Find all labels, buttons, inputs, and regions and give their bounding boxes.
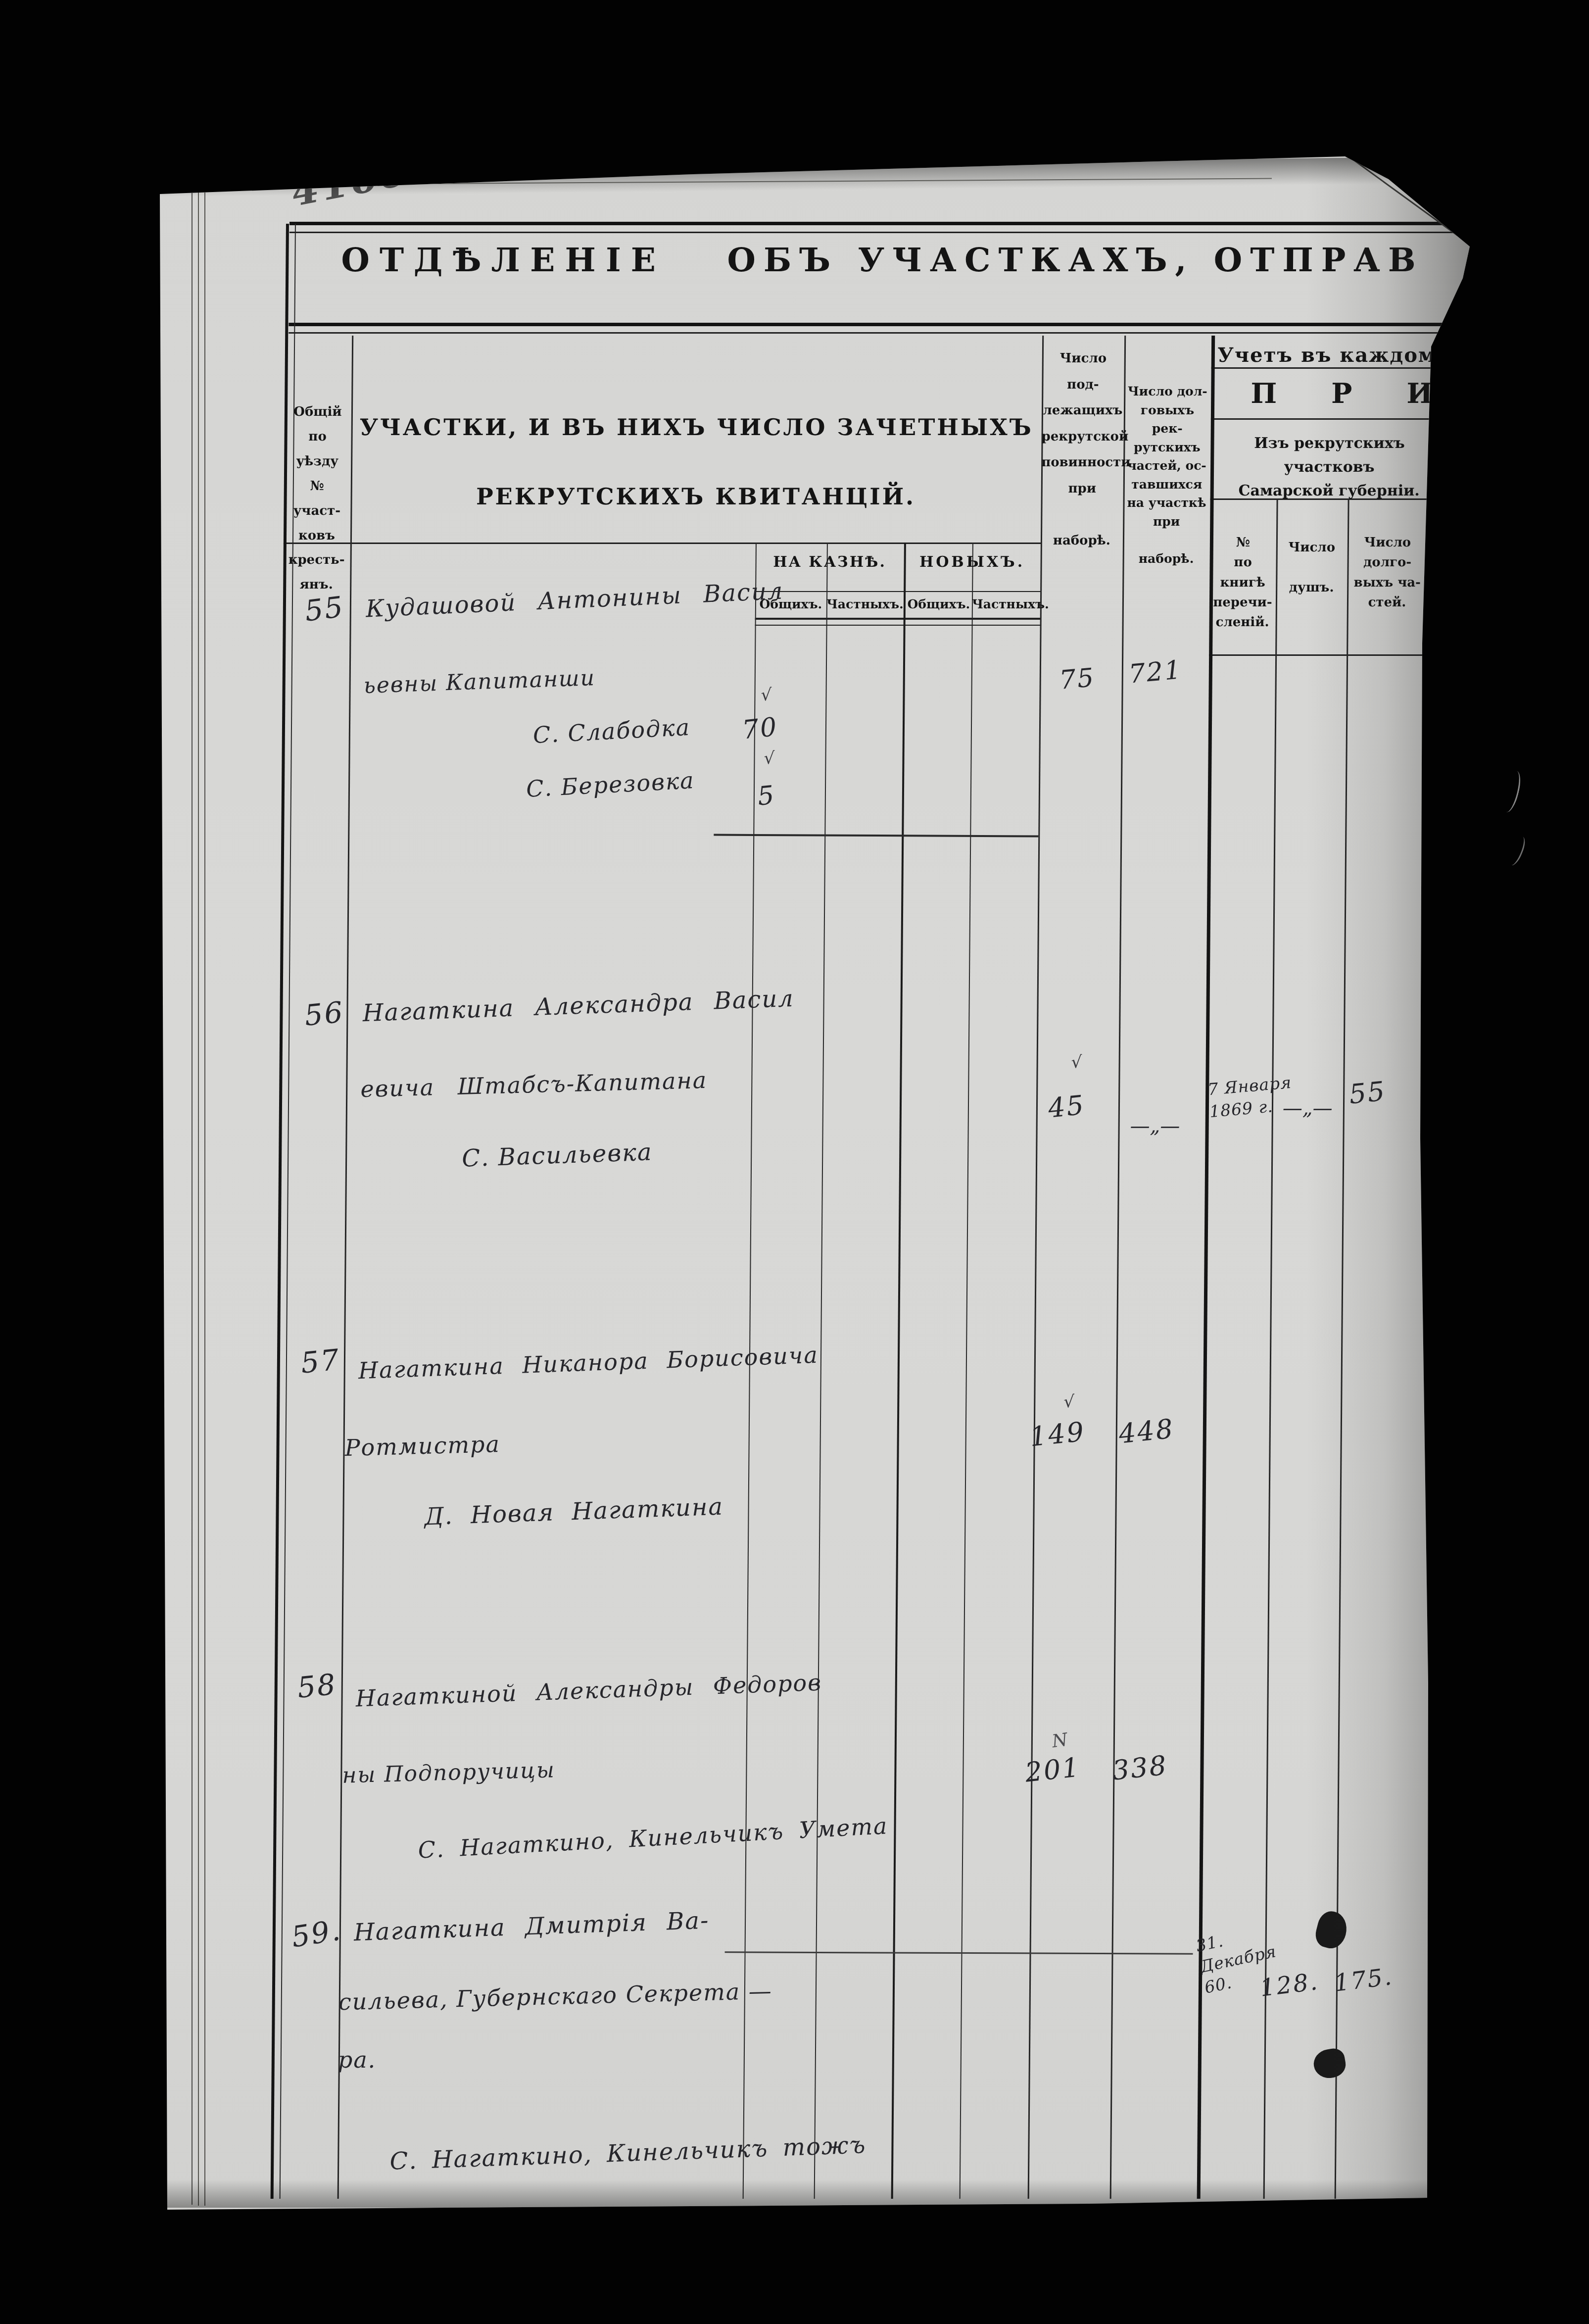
- row-58-dolgovyh: 338: [1111, 1749, 1169, 1786]
- rule-subheader-mid: [755, 591, 1041, 592]
- row-55-number: 55: [303, 590, 346, 628]
- row-55-place1: С. Слабодка: [532, 714, 691, 749]
- rule-header-bottom-left: [284, 543, 1042, 544]
- row-57-place1: Д. Новая Нагаткина: [424, 1492, 724, 1531]
- row-55-place1-value: 70: [741, 712, 779, 745]
- row-59-name-line3: ра.: [338, 2046, 377, 2073]
- row-56-name-line2: евича Штабсъ-Капитана: [360, 1067, 708, 1102]
- row-56-dolgovyh-ditto: —„—: [1130, 1115, 1180, 1137]
- row-57-dolgovyh: 448: [1117, 1413, 1176, 1449]
- header-novyh-obshchih: Общихъ.: [906, 597, 972, 611]
- row-56-name-line1: Нагаткина Александра Васил: [362, 985, 795, 1027]
- divider-col2: [1028, 336, 1044, 2199]
- row-55-place2: С. Березовка: [526, 767, 695, 802]
- header-dolgovyh: Число дол- говыхъ рек- рутскихъ частей, …: [1123, 382, 1211, 568]
- row-59-place1: С. Нагаткино, Кинельчикъ тожъ: [389, 2131, 867, 2176]
- row-59-name-line1: Нагаткина Дмитрія Ва-: [353, 1906, 710, 1946]
- row-58-mark: N: [1051, 1730, 1070, 1752]
- row-55-name-line1: Кудашовой Антонины Васил: [365, 577, 784, 623]
- rule-uchet-2: [1211, 418, 1458, 420]
- divider-sub4: [960, 543, 973, 2199]
- row-58-podlezhashchih: 201: [1024, 1751, 1082, 1788]
- header-novyh: НОВЫХЪ.: [904, 553, 1040, 571]
- row-59-dolg-chastej: 175.: [1333, 1963, 1394, 1997]
- rule-top-a: [289, 222, 1465, 225]
- ink-blot: [1311, 2047, 1348, 2080]
- row-55-name-line2: ьевны Капитанши: [363, 665, 596, 698]
- rule-uchet-1: [1211, 367, 1459, 369]
- row-58-name-line1: Нагаткиной Александры Федоров: [355, 1669, 822, 1712]
- header-kazna-chastnyh: Частныхъ.: [826, 597, 904, 611]
- header-chislo-dush: Число душъ.: [1276, 538, 1348, 597]
- scanned-page: 41об: [0, 0, 1589, 2324]
- row-56-podlezhashchih: 45: [1047, 1089, 1086, 1124]
- section-title-left: ОТДѢЛЕНІЕ: [341, 241, 666, 279]
- ink-blot: [1313, 1909, 1351, 1951]
- row-56-place1: С. Васильевка: [462, 1138, 653, 1172]
- row-56-dush-ditto: —„—: [1283, 1097, 1333, 1120]
- header-uchet: Учетъ въ каждомъ: [1211, 344, 1459, 367]
- scanner-bed-mark: [1506, 835, 1528, 867]
- row-57-name-line2: Ротмистра: [344, 1431, 500, 1461]
- row-56-number: 56: [303, 995, 345, 1033]
- row-59-extension-line: [725, 1951, 1193, 1954]
- header-na-kazne: НА КАЗНѢ.: [755, 553, 904, 571]
- header-pri: ПРИ: [1221, 377, 1449, 410]
- row-57-podlezhashchih: 149: [1028, 1416, 1087, 1452]
- rule-under-title-b: [289, 332, 1464, 334]
- row-55-dolgovyh: 721: [1128, 655, 1184, 689]
- row-55-sum-line: [714, 834, 1038, 838]
- rule-subheader-bottom-b: [755, 625, 1041, 626]
- row-58-number: 58: [296, 1667, 338, 1705]
- divider-sub3: [891, 543, 906, 2199]
- row-55-check2: √: [764, 748, 776, 768]
- header-podlezhashchih: Число под- лежащихъ рекрутской повинност…: [1041, 346, 1124, 553]
- divider-col3: [1110, 336, 1126, 2199]
- divider-sub1: [743, 543, 757, 2199]
- section-title-right: ОБЪ УЧАСТКАХЪ, ОТПРАВ: [727, 241, 1424, 279]
- header-novyh-chastnyh: Частныхъ.: [972, 597, 1040, 611]
- row-55-check1: √: [761, 685, 773, 705]
- row-55-place2-value: 5: [756, 780, 777, 811]
- row-59-number: 59.: [289, 1913, 343, 1954]
- rule-under-title-a: [289, 323, 1464, 326]
- scanner-bed-mark: [1499, 769, 1524, 814]
- header-no-po-knige: № по книгѣ перечи- сленій.: [1209, 533, 1277, 632]
- row-56-check1: √: [1071, 1052, 1084, 1072]
- header-iz-rekrutskih: Изъ рекрутскихъ участковъ Самарской губе…: [1210, 432, 1448, 503]
- header-uchastki-line2: РЕКРУТСКИХЪ КВИТАНЦІЙ.: [350, 483, 1041, 510]
- header-uchastki-line1: УЧАСТКИ, И ВЪ НИХЪ ЧИСЛО ЗАЧЕТНЫХЪ: [351, 414, 1042, 441]
- header-chislo-dolg: Число долго- выхъ ча- стей.: [1347, 533, 1428, 612]
- row-56-kniga: 7 Января 1869 г.: [1207, 1072, 1294, 1123]
- row-59-name-line2: сильева, Губернскаго Секрета —: [338, 1978, 772, 2016]
- row-58-place1: С. Нагаткино, Кинельчикъ Умета: [418, 1812, 889, 1864]
- rule-uchet-bottom: [1209, 654, 1456, 656]
- row-57-number: 57: [299, 1342, 342, 1380]
- rule-subheader-bottom-a: [755, 618, 1041, 620]
- divider-sub2: [814, 543, 828, 2199]
- scanner-background: 41об: [0, 0, 1589, 2324]
- row-58-name-line2: ны Подпоручицы: [342, 1757, 555, 1788]
- row-55-podlezhashchih: 75: [1058, 663, 1096, 695]
- header-general-no: Общій по уѣзду № участ- ковъ кресть- янъ…: [284, 400, 350, 597]
- table-grid: ОТДѢЛЕНІЕ ОБЪ УЧАСТКАХЪ, ОТПРАВ Общій по…: [0, 0, 1589, 2324]
- rule-top-b: [289, 232, 1465, 233]
- row-57-check1: √: [1063, 1392, 1076, 1412]
- row-56-dolg-chastej: 55: [1348, 1075, 1387, 1110]
